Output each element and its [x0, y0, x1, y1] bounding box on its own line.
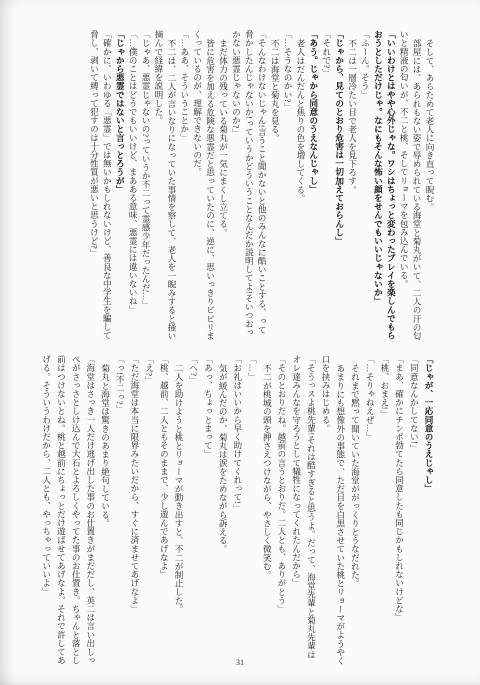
- text-line: 不二は海堂と菊丸を見る。: [268, 30, 281, 342]
- bottom-text-block: 「じゃが、一応同意のうえじゃし」「同意なんかしてない!」「まあ、確かにチンポ勃て…: [39, 355, 436, 667]
- text-line: 「じゃが、一応同意のうえじゃし」: [421, 355, 436, 667]
- text-line: 皆に危害を加える危険な悪霊だと思っていたのに、逆に、思いっきりビビリまくっている…: [191, 30, 217, 342]
- text-line: 「桃、おまえ!」: [377, 355, 392, 667]
- text-line: まだ体力の残っている菊丸が一気にまくし立てる。: [217, 30, 230, 342]
- text-line: 部屋には、あられもない姿で辱められている海堂と菊丸がいて、二人の汗の匂いと精液の…: [397, 30, 423, 342]
- text-line: あまりにも想像外の事態で、ただ目を白黒させていた桃とリョーマがようやく口を挟みは…: [318, 355, 347, 667]
- text-line: 「じゃから、見てのとおり危害は一切加えておらんし」: [333, 30, 346, 342]
- text-line: 「あう。じゃから同意のうえなんじゃし」: [307, 30, 320, 342]
- text-line: 「いいわけとはやや心外じゃな。ワシはちょっと変わったプレイを楽しんでもらおうとし…: [371, 30, 397, 342]
- text-line: 「そうっスよ桃先輩!それは酷すぎると思うよ。だって、海堂先輩と菊丸先輩はオレ達み…: [289, 355, 318, 667]
- text-line: 不二は一層冷たい目で老人を見下ろす。: [346, 30, 359, 342]
- text-line: 老人はだんだんと焦りの色を増してくる。: [294, 30, 307, 342]
- text-line: 「へ?」: [186, 355, 201, 667]
- text-line: 「そのとおりだね。越前の言うとおりだ。二人とも、ありがとう」: [274, 355, 289, 667]
- page-number: 31: [0, 658, 480, 667]
- text-line: 「ふーん。そう」: [359, 30, 372, 342]
- text-line: それまで黙って聞いていた海堂ががっくりとうなだれた。: [348, 355, 363, 667]
- text-line: 「あっ、ちょっとまって」: [201, 355, 216, 667]
- top-text-block: そして、あらためて老人に向き直って睨む。部屋には、あられもない姿で辱められている…: [88, 30, 436, 342]
- text-line: 「え?」: [142, 355, 157, 667]
- text-line: 菊丸と海堂は驚きのあまり絶句している。: [98, 355, 113, 667]
- text-line: 不二は、二人が言いなりになっていた事情を察して、老人を一睨みすると掻い摘んで経緯…: [152, 30, 178, 342]
- text-line: 「…」: [245, 355, 260, 667]
- text-line: 「海堂はさっき一人だけ逃げ出した事のお仕置きがまだだし、英二は言い出しっぺがさっ…: [39, 355, 98, 667]
- text-line: 「まあ、確かにチンポ勃てたら同意したも同じかもしれないけどな」: [392, 355, 407, 667]
- text-line: そして、あらためて老人に向き直って睨む。: [423, 30, 436, 342]
- text-line: 「…そうなのかい?」: [281, 30, 294, 342]
- page: そして、あらためて老人に向き直って睨む。部屋には、あられもない姿で辱められている…: [0, 0, 480, 685]
- text-line: 「ただ海堂は本当に限界みたいだから、すぐに済ませてあげなよ」: [127, 355, 142, 667]
- text-line: 「っ!不二っ?」: [113, 355, 128, 667]
- text-line: 二人を助けようと桃とリョーマが動き出すと、不二が制止した。: [171, 355, 186, 667]
- text-line: 「…ああ、そういうことか」: [178, 30, 191, 342]
- text-line: 「じゃあ、悪霊じゃないの?っていうか不二って霊感少年だったんだ…」: [139, 30, 152, 342]
- text-line: 「確かに、いわゆる「悪霊」では無いかもしれないけど、善良な中学生を騙して脅し、剥…: [88, 30, 114, 342]
- text-line: 「…そりゃねえぜ…」: [362, 355, 377, 667]
- text-line: 「それで?」: [320, 30, 333, 342]
- text-line: 「そんなわけないじゃん!言うこと聞かないと他のみんなに酷いことする、って脅かした…: [230, 30, 269, 342]
- text-line: 「同意なんかしてない!」: [407, 355, 422, 667]
- text-line: 「…僕のことはどうでもいいけど、まあある意味、悪霊には違いないね」: [126, 30, 139, 342]
- text-line: 不二が桃城の頭を押さえつけながら、やさしく微笑む。: [260, 355, 275, 667]
- text-line: 「お礼はいいから早く助けてくれって!」: [230, 355, 245, 667]
- text-line: 気が緩んだのか、菊丸は涙をためながら訴える。: [215, 355, 230, 667]
- text-line: 「桃、越前、二人ともそのままで、少し遊んであげなよ」: [157, 355, 172, 667]
- text-line: 「じゃから悪霊ではないと言っとろうが」: [113, 30, 126, 342]
